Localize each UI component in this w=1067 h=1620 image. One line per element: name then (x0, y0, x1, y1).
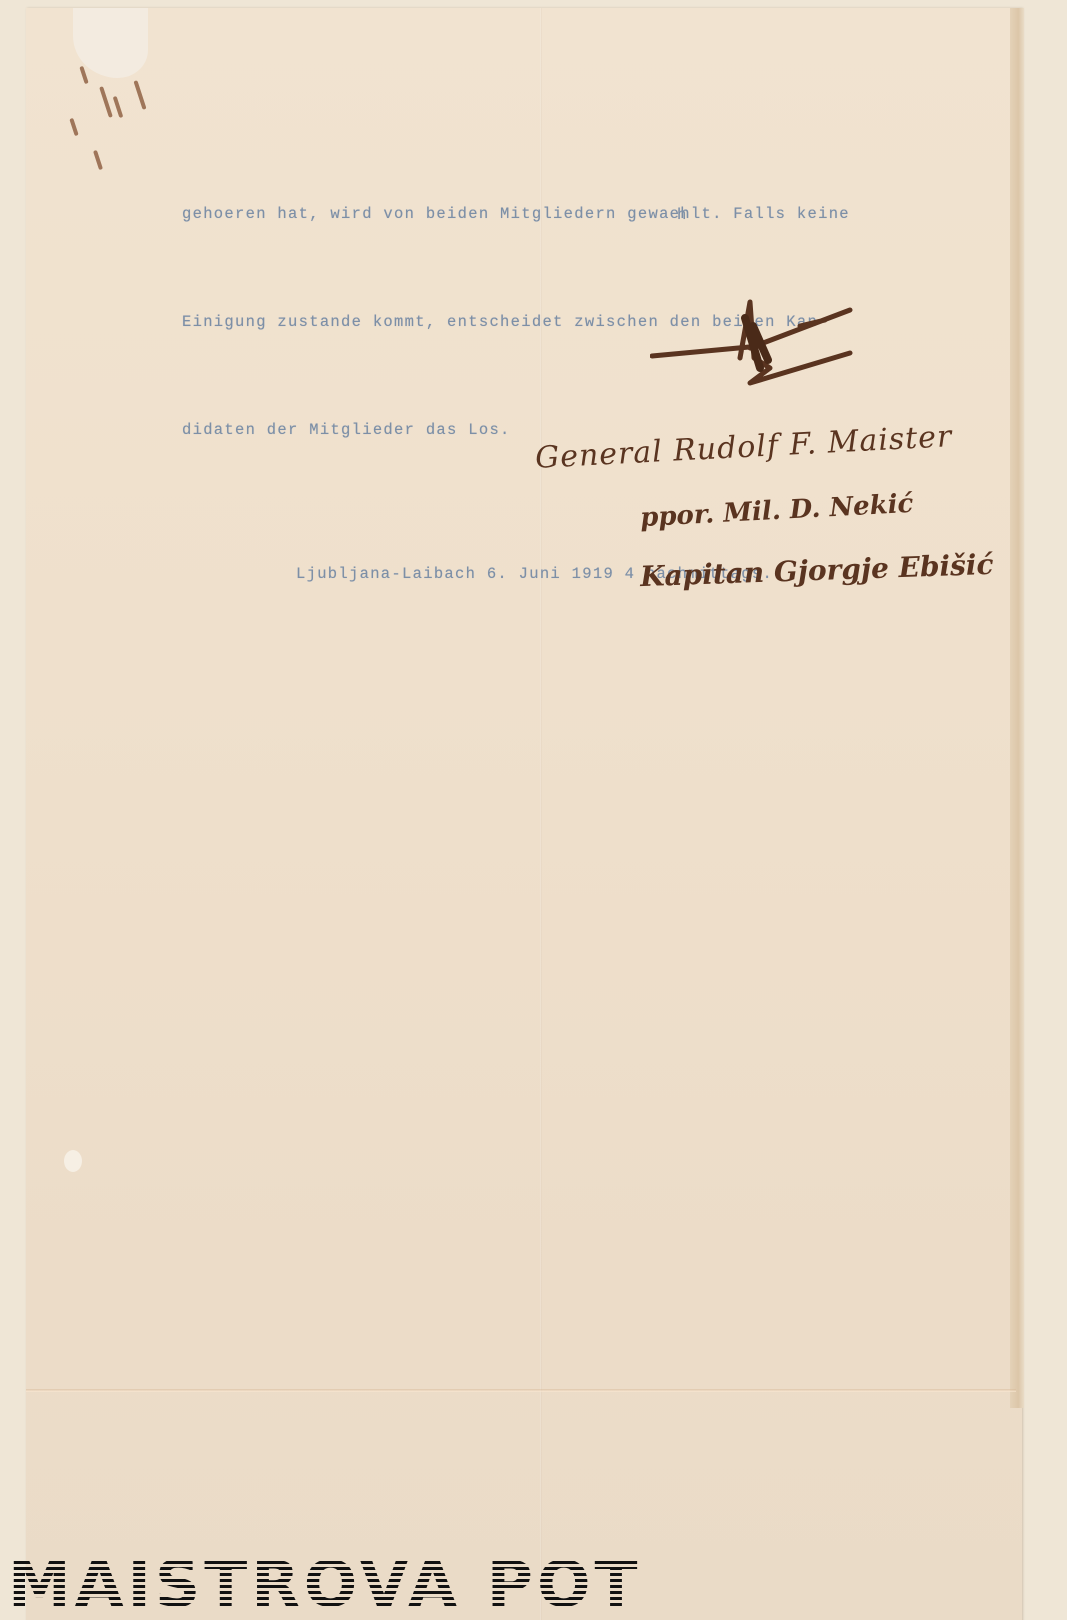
horizontal-fold-line (26, 1389, 1016, 1392)
watermark-logo: MAISTROVA POT (8, 1555, 642, 1615)
typed-line: gehoeren hat, wird von beiden Mitglieder… (182, 196, 982, 232)
paraph-signature-icon (650, 298, 870, 418)
punch-hole (64, 1150, 82, 1172)
typed-superscript: h (677, 207, 688, 223)
paper-edge (1010, 8, 1024, 1408)
